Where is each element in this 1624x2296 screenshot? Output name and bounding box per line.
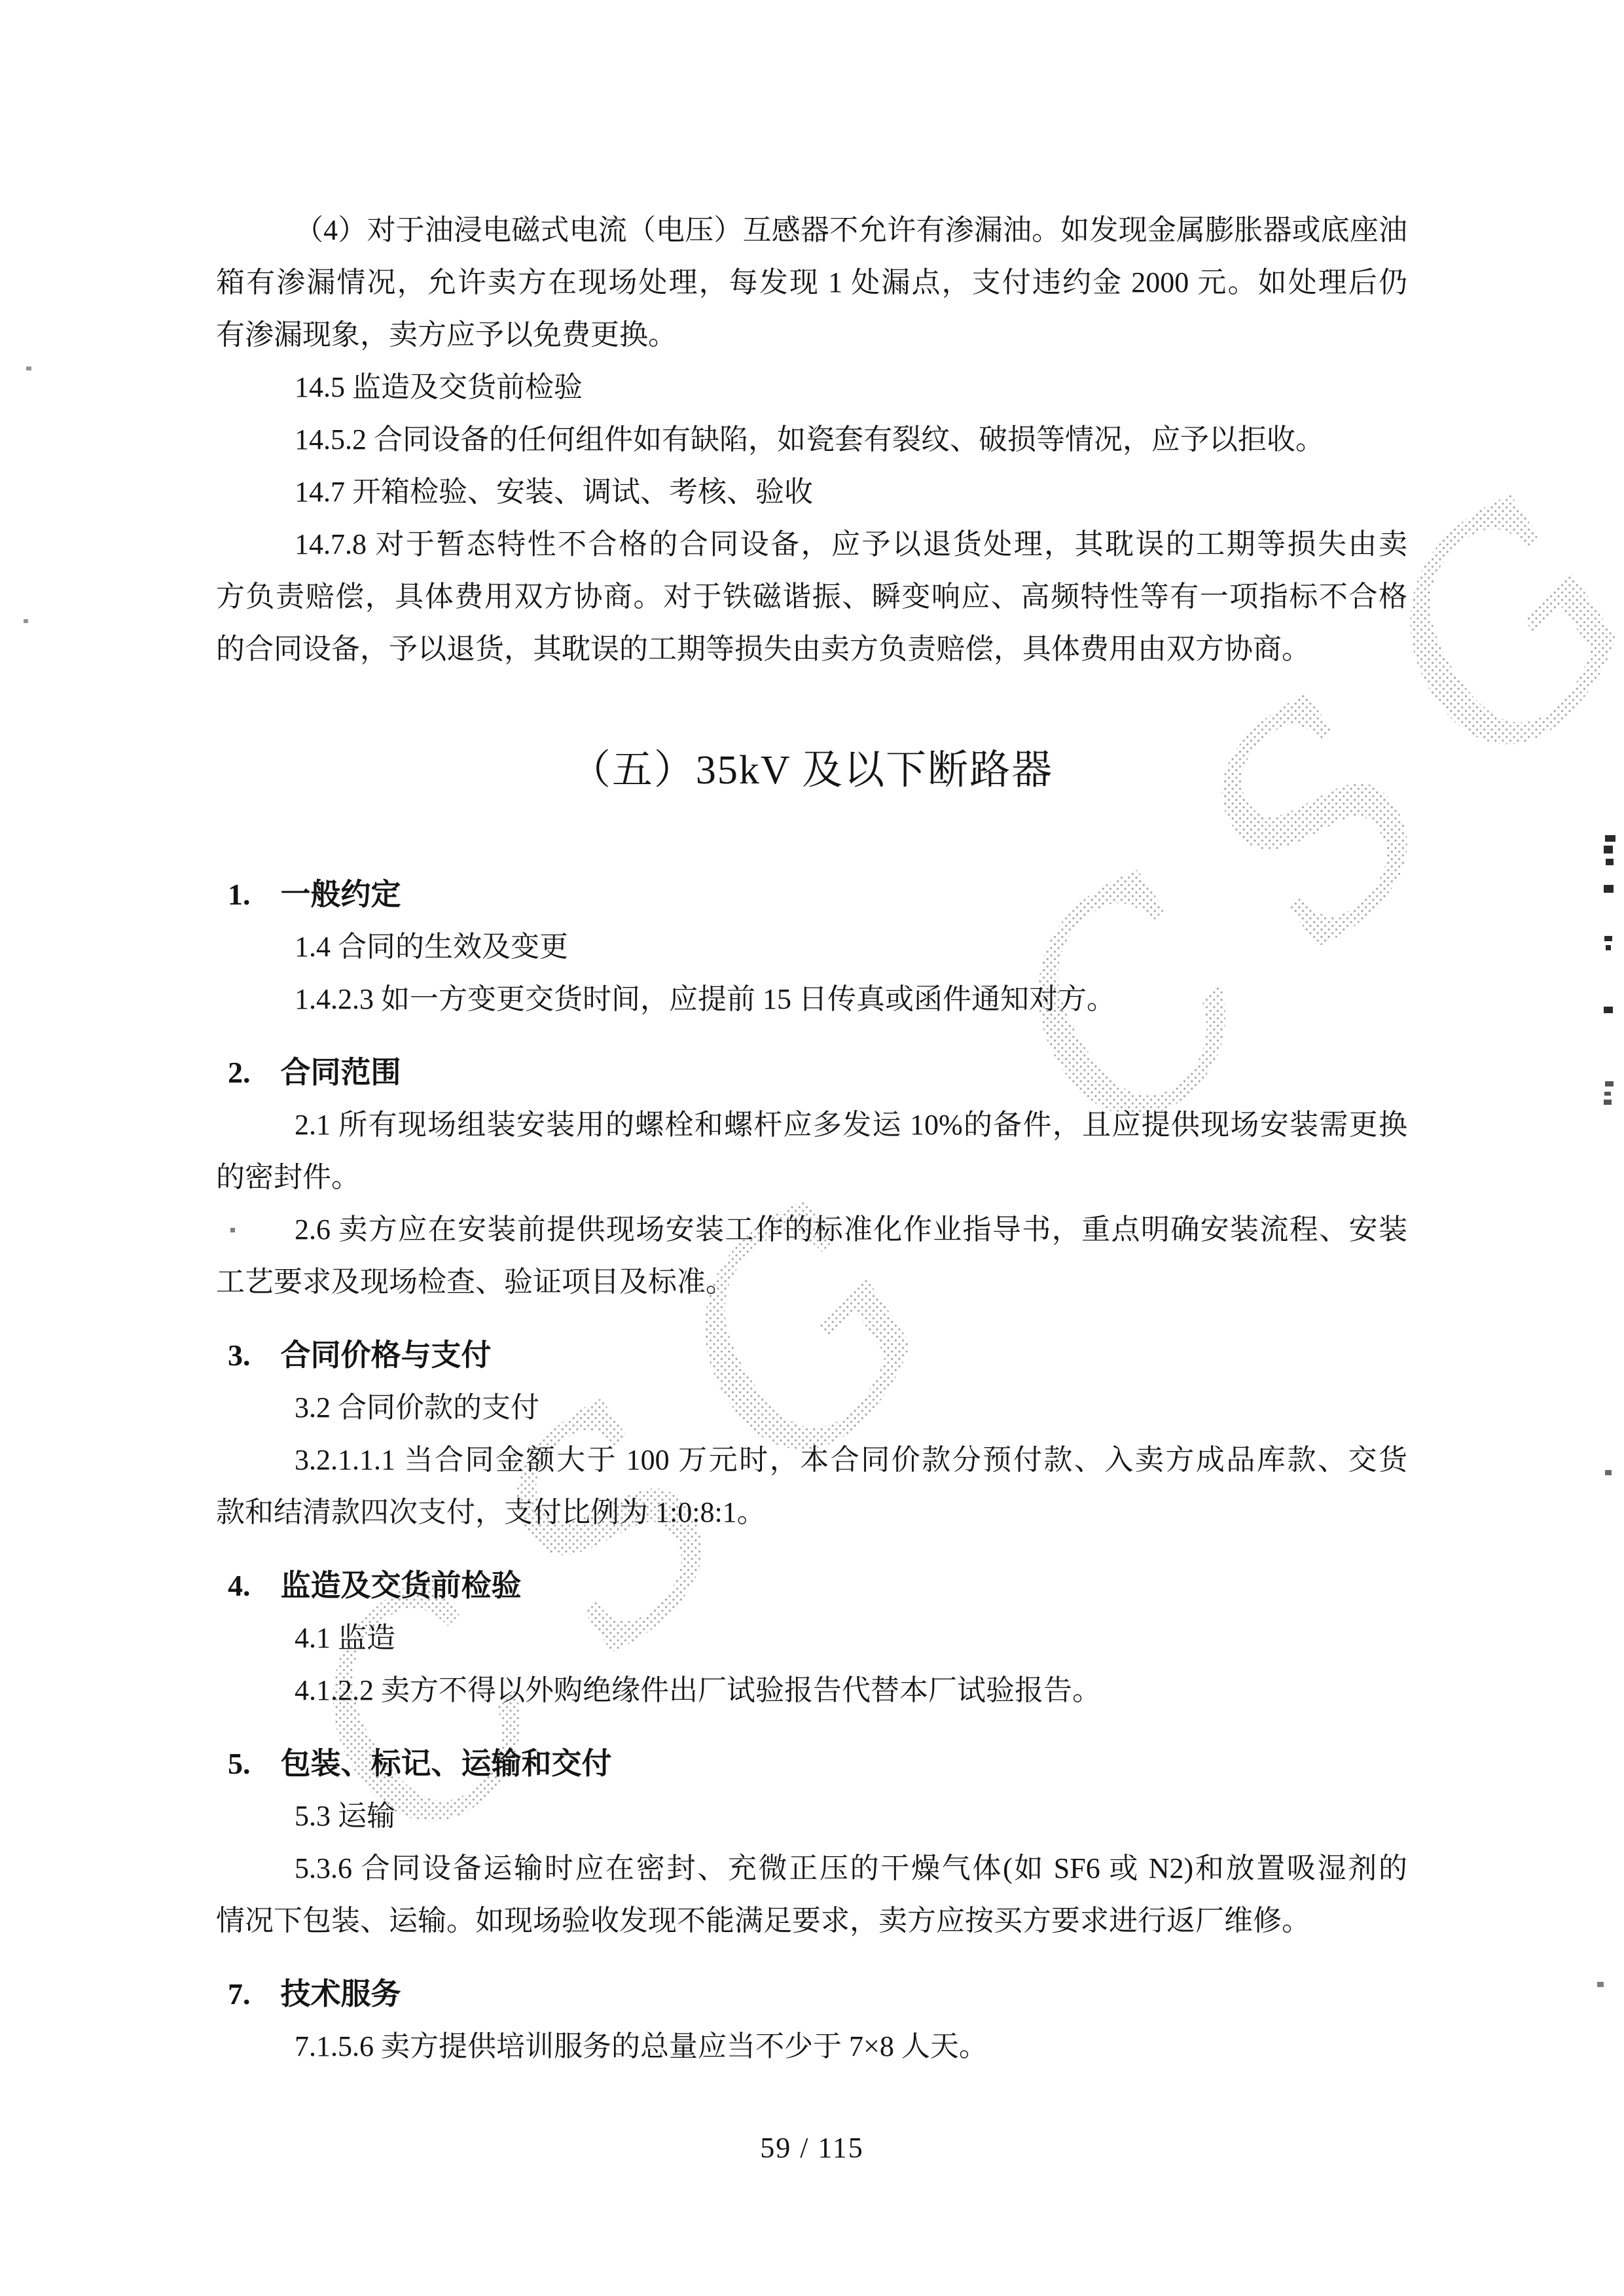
paragraph: 3.2 合同价款的支付 xyxy=(216,1382,1407,1434)
section-heading: 2. 合同范围 xyxy=(216,1047,1407,1099)
scan-artifact xyxy=(1606,945,1611,950)
text-line: 3.2.1.1.1 当合同金额大于 100 万元时，本合同价款分预付款、入卖方成… xyxy=(216,1434,1407,1486)
document-body: （4）对于油浸电磁式电流（电压）互感器不允许有渗漏油。如发现金属膨胀器或底座油箱… xyxy=(216,204,1407,2073)
text-line: 工艺要求及现场检查、验证项目及标准。 xyxy=(216,1256,1407,1308)
text-line: 的密封件。 xyxy=(216,1151,1407,1204)
section-heading: 4. 监造及交货前检验 xyxy=(216,1560,1407,1612)
scan-artifact xyxy=(24,619,28,623)
text-line: 2.1 所有现场组装安装用的螺栓和螺杆应多发运 10%的备件，且应提供现场安装需… xyxy=(216,1099,1407,1151)
paragraph: 14.5 监造及交货前检验 xyxy=(216,361,1407,414)
paragraph: 2.1 所有现场组装安装用的螺栓和螺杆应多发运 10%的备件，且应提供现场安装需… xyxy=(216,1099,1407,1204)
scan-artifact xyxy=(1604,1100,1612,1105)
text-line: 5.3.6 合同设备运输时应在密封、充微正压的干燥气体(如 SF6 或 N2)和… xyxy=(216,1842,1407,1895)
text-line: 有渗漏现象，卖方应予以免费更换。 xyxy=(216,309,1407,361)
scan-artifact xyxy=(1604,885,1614,893)
text-line: 箱有渗漏情况，允许卖方在现场处理，每发现 1 处漏点，支付违约金 2000 元。… xyxy=(216,257,1407,309)
text-line: 14.7.8 对于暂态特性不合格的合同设备，应予以退货处理，其耽误的工期等损失由… xyxy=(216,518,1407,571)
text-line: （4）对于油浸电磁式电流（电压）互感器不允许有渗漏油。如发现金属膨胀器或底座油 xyxy=(216,204,1407,257)
section-heading: 7. 技术服务 xyxy=(216,1968,1407,2020)
scan-artifact xyxy=(1605,1081,1614,1086)
text-line: 14.7 开箱检验、安装、调试、考核、验收 xyxy=(216,466,1407,518)
section-heading: 5. 包装、标记、运输和交付 xyxy=(216,1738,1407,1790)
text-line: 14.5.2 合同设备的任何组件如有缺陷，如瓷套有裂纹、破损等情况，应予以拒收。 xyxy=(216,414,1407,466)
paragraph: 2.6 卖方应在安装前提供现场安装工作的标准化作业指导书，重点明确安装流程、安装… xyxy=(216,1204,1407,1308)
text-line: 7.1.5.6 卖方提供培训服务的总量应当不少于 7×8 人天。 xyxy=(216,2020,1407,2073)
scan-artifact xyxy=(1604,1007,1613,1013)
document-page: CSG CSG （4）对于油浸电磁式电流（电压）互感器不允许有渗漏油。如发现金属… xyxy=(0,0,1624,2296)
text-line: 1.4.2.3 如一方变更交货时间，应提前 15 日传真或函件通知对方。 xyxy=(216,973,1407,1026)
scan-artifact xyxy=(1604,936,1612,941)
paragraph: 5.3 运输 xyxy=(216,1790,1407,1842)
paragraph: 1.4 合同的生效及变更 xyxy=(216,921,1407,973)
paragraph: 14.5.2 合同设备的任何组件如有缺陷，如瓷套有裂纹、破损等情况，应予以拒收。 xyxy=(216,414,1407,466)
text-line: 1.4 合同的生效及变更 xyxy=(216,921,1407,973)
section-heading: 1. 一般约定 xyxy=(216,869,1407,921)
text-line: 4.1 监造 xyxy=(216,1612,1407,1664)
scan-artifact xyxy=(26,367,31,370)
paragraph: 3.2.1.1.1 当合同金额大于 100 万元时，本合同价款分预付款、入卖方成… xyxy=(216,1434,1407,1539)
scan-artifact xyxy=(1605,835,1615,842)
paragraph: 14.7 开箱检验、安装、调试、考核、验收 xyxy=(216,466,1407,518)
text-line: 2.6 卖方应在安装前提供现场安装工作的标准化作业指导书，重点明确安装流程、安装 xyxy=(216,1204,1407,1256)
paragraph: 4.1 监造 xyxy=(216,1612,1407,1664)
paragraph: 4.1.2.2 卖方不得以外购绝缘件出厂试验报告代替本厂试验报告。 xyxy=(216,1664,1407,1717)
scan-artifact xyxy=(1604,846,1613,853)
paragraph: 5.3.6 合同设备运输时应在密封、充微正压的干燥气体(如 SF6 或 N2)和… xyxy=(216,1842,1407,1947)
text-line: 款和结清款四次支付，支付比例为 1:0:8:1。 xyxy=(216,1486,1407,1539)
text-line: 的合同设备，予以退货，其耽误的工期等损失由卖方负责赔偿，具体费用由双方协商。 xyxy=(216,623,1407,675)
paragraph: 1.4.2.3 如一方变更交货时间，应提前 15 日传真或函件通知对方。 xyxy=(216,973,1407,1026)
scan-artifact xyxy=(1606,859,1614,865)
text-line: 4.1.2.2 卖方不得以外购绝缘件出厂试验报告代替本厂试验报告。 xyxy=(216,1664,1407,1717)
text-line: 情况下包装、运输。如现场验收发现不能满足要求，卖方应按买方要求进行返厂维修。 xyxy=(216,1895,1407,1947)
text-line: 14.5 监造及交货前检验 xyxy=(216,361,1407,414)
section-heading: 3. 合同价格与支付 xyxy=(216,1329,1407,1382)
page-number: 59 / 115 xyxy=(760,2132,864,2164)
scan-artifact xyxy=(1597,1982,1604,1987)
page-footer: 59 / 115 xyxy=(0,2128,1624,2168)
text-line: 3.2 合同价款的支付 xyxy=(216,1382,1407,1434)
paragraph: 14.7.8 对于暂态特性不合格的合同设备，应予以退货处理，其耽误的工期等损失由… xyxy=(216,518,1407,675)
chapter-heading: （五）35kV 及以下断路器 xyxy=(216,741,1407,800)
paragraph: 7.1.5.6 卖方提供培训服务的总量应当不少于 7×8 人天。 xyxy=(216,2020,1407,2073)
text-line: 方负责赔偿，具体费用双方协商。对于铁磁谐振、瞬变响应、高频特性等有一项指标不合格 xyxy=(216,571,1407,623)
scan-artifact xyxy=(1604,1092,1611,1096)
paragraph: （4）对于油浸电磁式电流（电压）互感器不允许有渗漏油。如发现金属膨胀器或底座油箱… xyxy=(216,204,1407,361)
scan-artifact xyxy=(230,1228,235,1232)
scan-artifact xyxy=(1605,1470,1612,1475)
text-line: 5.3 运输 xyxy=(216,1790,1407,1842)
